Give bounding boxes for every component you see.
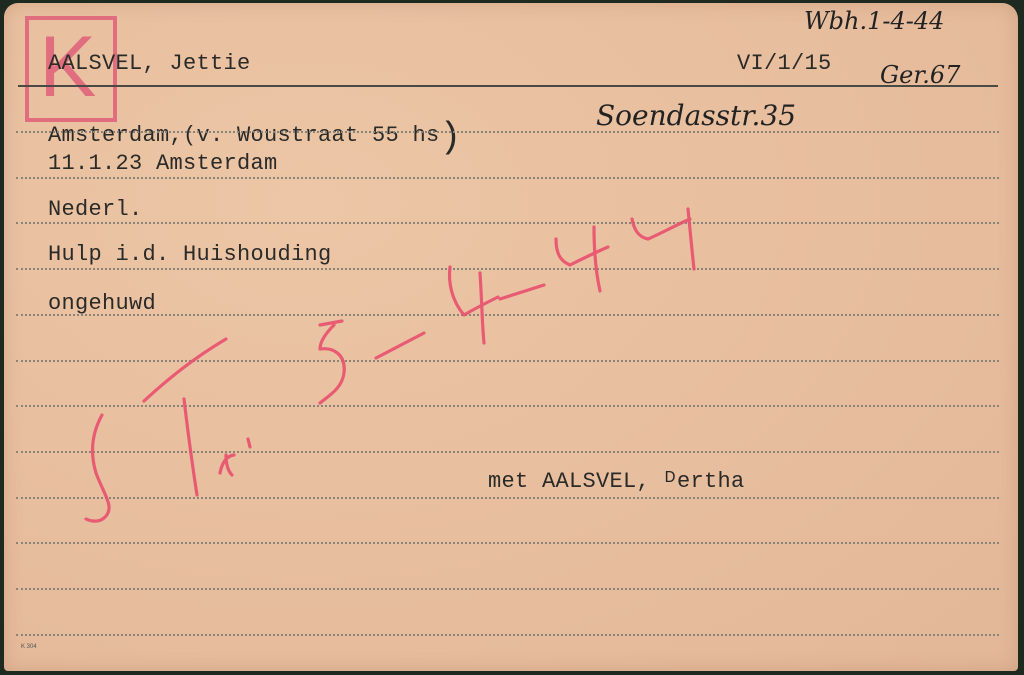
red-handwritten-note [4,3,1018,671]
form-number: K 304 [21,644,37,650]
registration-card: K AALSVEL, Jettie VI/1/15 Wbh.1-4-44 Ger… [4,3,1018,671]
